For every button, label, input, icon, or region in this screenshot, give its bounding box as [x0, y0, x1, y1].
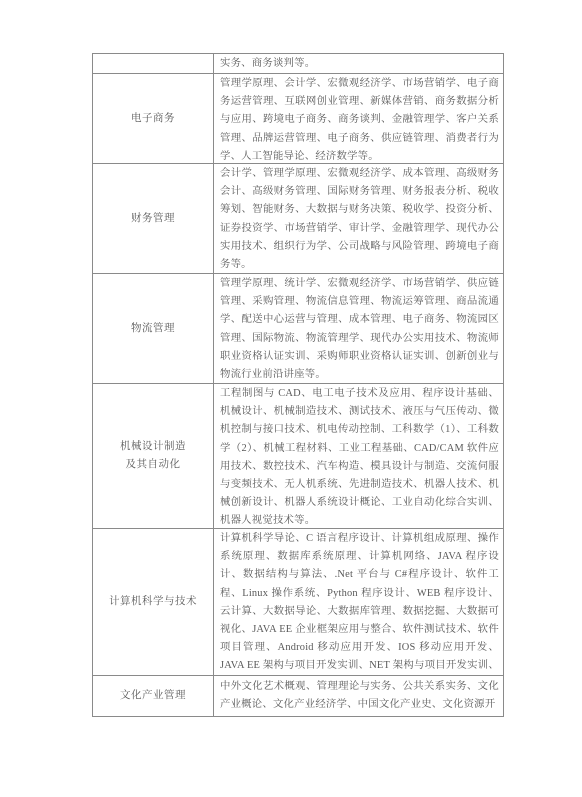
courses-cell: 管理学原理、会计学、宏微观经济学、市场营销学、电子商务运营管理、互联网创业管理、…: [214, 74, 503, 163]
table-row: 实务、商务谈判等。: [93, 54, 503, 74]
courses-cell: 会计学、管理学原理、宏微观经济学、成本管理、高级财务会计、高级财务管理、国际财务…: [214, 164, 503, 273]
courses-cell: 计算机科学导论、C 语言程序设计、计算机组成原理、操作系统原理、数据库系统原理、…: [214, 529, 503, 675]
major-name-cell: 机械设计制造 及其自动化: [93, 384, 214, 528]
major-name-cell: 物流管理: [93, 274, 214, 383]
table-row: 电子商务 管理学原理、会计学、宏微观经济学、市场营销学、电子商务运营管理、互联网…: [93, 74, 503, 164]
majors-courses-table: 实务、商务谈判等。 电子商务 管理学原理、会计学、宏微观经济学、市场营销学、电子…: [92, 53, 504, 717]
table-row: 机械设计制造 及其自动化 工程制图与 CAD、电工电子技术及应用、程序设计基础、…: [93, 384, 503, 529]
major-name-cell: 计算机科学与技术: [93, 529, 214, 675]
courses-cell: 管理学原理、统计学、宏微观经济学、市场营销学、供应链管理、采购管理、物流信息管理…: [214, 274, 503, 383]
table-row: 财务管理 会计学、管理学原理、宏微观经济学、成本管理、高级财务会计、高级财务管理…: [93, 164, 503, 274]
major-name-cell: 财务管理: [93, 164, 214, 273]
courses-cell: 中外文化艺术概观、管理理论与实务、公共关系实务、文化产业概论、文化产业经济学、中…: [214, 676, 503, 716]
major-name-cell: 文化产业管理: [93, 676, 214, 716]
courses-cell: 实务、商务谈判等。: [214, 54, 503, 73]
major-name-cell: [93, 54, 214, 73]
table-row: 文化产业管理 中外文化艺术概观、管理理论与实务、公共关系实务、文化产业概论、文化…: [93, 676, 503, 716]
table-row: 计算机科学与技术 计算机科学导论、C 语言程序设计、计算机组成原理、操作系统原理…: [93, 529, 503, 676]
major-name-cell: 电子商务: [93, 74, 214, 163]
document-page: 实务、商务谈判等。 电子商务 管理学原理、会计学、宏微观经济学、市场营销学、电子…: [0, 0, 582, 797]
table-row: 物流管理 管理学原理、统计学、宏微观经济学、市场营销学、供应链管理、采购管理、物…: [93, 274, 503, 384]
courses-cell: 工程制图与 CAD、电工电子技术及应用、程序设计基础、机械设计、机械制造技术、测…: [214, 384, 503, 528]
